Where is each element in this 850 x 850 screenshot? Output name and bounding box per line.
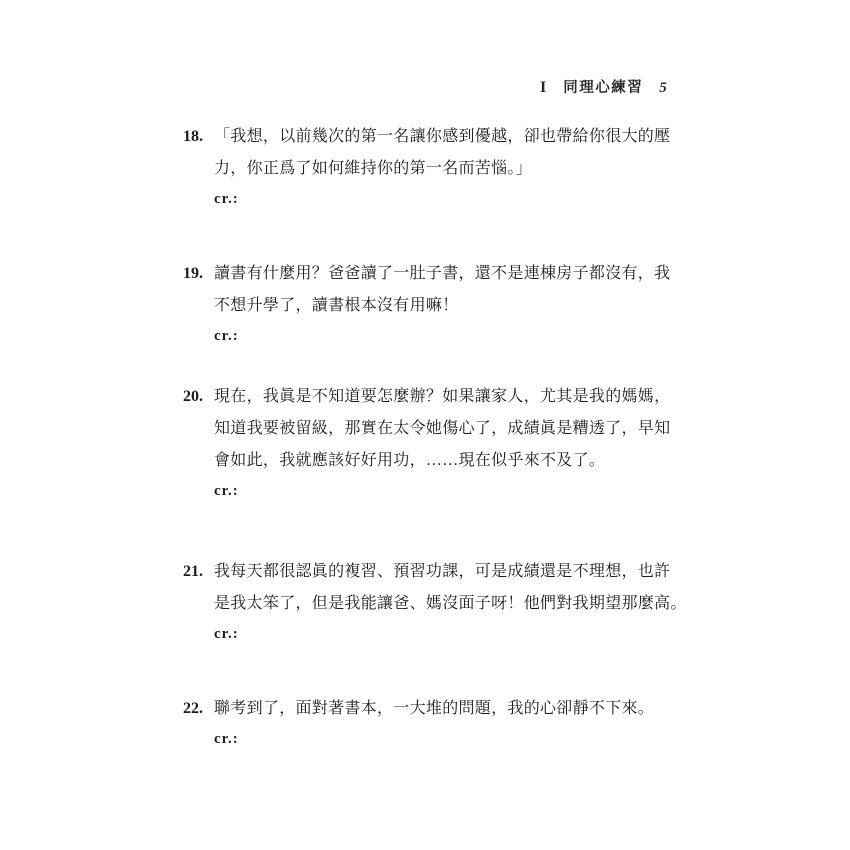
running-header: I 同理心練習 5: [540, 76, 667, 97]
item-number: 18.: [183, 121, 214, 153]
page-number: 5: [659, 80, 667, 97]
item-body: 「我想，以前幾次的第一名讓你感到優越，卻也帶給你很大的壓 力，你正爲了如何維持你…: [214, 121, 683, 214]
exercise-item-18: 18. 「我想，以前幾次的第一名讓你感到優越，卻也帶給你很大的壓 力，你正爲了如…: [183, 121, 683, 214]
item-number: 21.: [183, 556, 214, 588]
item-body: 我每天都很認眞的複習、預習功課，可是成績還是不理想，也許 是我太笨了，但是我能讓…: [214, 556, 687, 649]
item-text-line: 不想升學了，讀書根本沒有用嘛！: [214, 290, 683, 322]
item-number: 22.: [183, 693, 214, 725]
item-text-line: 聯考到了，面對著書本，一大堆的問題，我的心卻靜不下來。: [214, 693, 683, 725]
item-text-line: 知道我要被留級，那實在太令她傷心了，成績眞是糟透了，早知: [214, 413, 683, 445]
response-label: cr.:: [214, 620, 687, 649]
exercise-item-20: 20. 現在，我眞是不知道要怎麼辦？如果讓家人，尤其是我的媽媽， 知道我要被留級…: [183, 381, 683, 506]
item-text-line: 現在，我眞是不知道要怎麼辦？如果讓家人，尤其是我的媽媽，: [214, 381, 683, 413]
exercise-item-22: 22. 聯考到了，面對著書本，一大堆的問題，我的心卻靜不下來。 cr.:: [183, 693, 683, 754]
exercise-item-21: 21. 我每天都很認眞的複習、預習功課，可是成績還是不理想，也許 是我太笨了，但…: [183, 556, 683, 649]
response-label: cr.:: [214, 185, 683, 214]
item-text-line: 是我太笨了，但是我能讓爸、媽沒面子呀！他們對我期望那麼高。: [214, 588, 687, 620]
response-label: cr.:: [214, 477, 683, 506]
item-text-line: 讀書有什麼用？爸爸讀了一肚子書，還不是連棟房子都沒有，我: [214, 258, 683, 290]
section-title: 同理心練習: [563, 76, 643, 97]
item-number: 19.: [183, 258, 214, 290]
exercise-item-19: 19. 讀書有什麼用？爸爸讀了一肚子書，還不是連棟房子都沒有，我 不想升學了，讀…: [183, 258, 683, 351]
section-numeral: I: [540, 79, 547, 97]
response-label: cr.:: [214, 322, 683, 351]
response-label: cr.:: [214, 725, 683, 754]
item-text-line: 「我想，以前幾次的第一名讓你感到優越，卻也帶給你很大的壓: [214, 121, 683, 153]
item-body: 現在，我眞是不知道要怎麼辦？如果讓家人，尤其是我的媽媽， 知道我要被留級，那實在…: [214, 381, 683, 506]
item-text-line: 力，你正爲了如何維持你的第一名而苦惱。」: [214, 153, 683, 185]
item-body: 讀書有什麼用？爸爸讀了一肚子書，還不是連棟房子都沒有，我 不想升學了，讀書根本沒…: [214, 258, 683, 351]
item-text-line: 會如此，我就應該好好用功，……現在似乎來不及了。: [214, 445, 683, 477]
item-number: 20.: [183, 381, 214, 413]
book-page: I 同理心練習 5 18. 「我想，以前幾次的第一名讓你感到優越，卻也帶給你很大…: [0, 0, 850, 850]
item-body: 聯考到了，面對著書本，一大堆的問題，我的心卻靜不下來。 cr.:: [214, 693, 683, 754]
item-text-line: 我每天都很認眞的複習、預習功課，可是成績還是不理想，也許: [214, 556, 687, 588]
